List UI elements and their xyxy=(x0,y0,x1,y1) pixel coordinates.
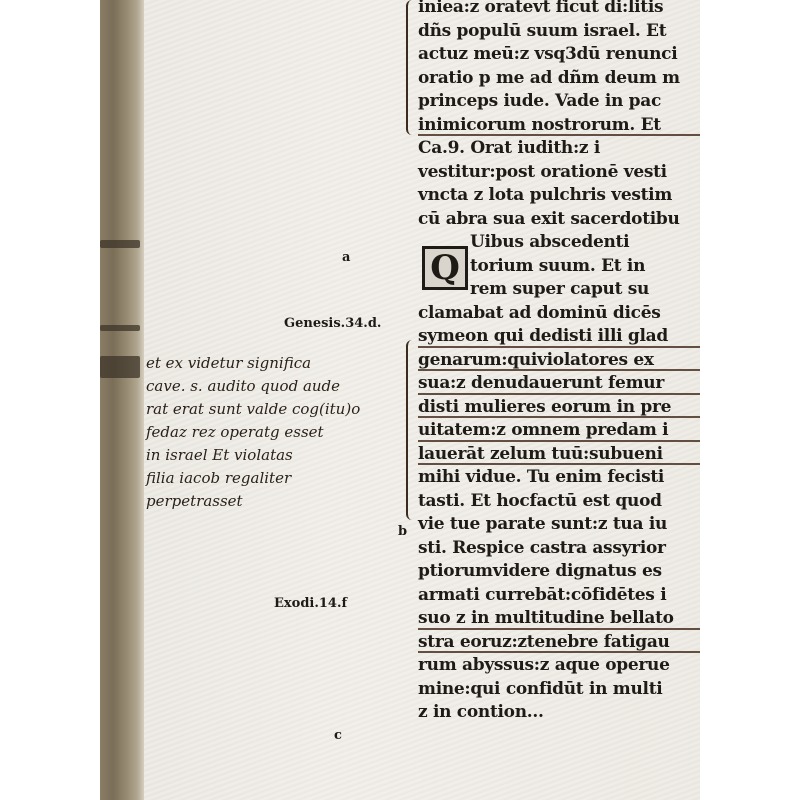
text-line-underlined: inimicorum nostrorum. Et xyxy=(418,114,700,138)
text-line: armati currebāt:cōfidētes i xyxy=(418,584,700,608)
margin-letter-a: a xyxy=(342,250,350,265)
book-spine-edge xyxy=(100,0,144,800)
text-line: ptiorumvidere dignatus es xyxy=(418,560,700,584)
annotation-line: et ex videtur significa xyxy=(146,352,416,375)
text-line: vie tue parate sunt:z tua iu xyxy=(418,513,700,537)
margin-letter-b: b xyxy=(398,524,407,539)
text-line: princeps iude. Vade in pac xyxy=(418,90,700,114)
text-line: actuz meū:z vsq3dū renunci xyxy=(418,43,700,67)
decorated-initial: Q xyxy=(422,246,468,290)
annotation-line: filia iacob regaliter xyxy=(146,467,416,490)
text-line-underlined: lauerāt zelum tuū:subueni xyxy=(418,443,700,467)
annotation-line: cave. s. audito quod aude xyxy=(146,375,416,398)
margin-ref-genesis: Genesis.34.d. xyxy=(284,316,381,331)
text-line-underlined: uitatem:z omnem predam i xyxy=(418,419,700,443)
text-line: mine:qui confidūt in multi xyxy=(418,678,700,702)
annotation-line: in israel Et violatas xyxy=(146,444,416,467)
chapter-heading-line: Ca.9. Orat iudith:z i xyxy=(418,137,700,161)
annotation-line: perpetrasset xyxy=(146,490,416,513)
manuscript-annotation: et ex videtur significa cave. s. audito … xyxy=(146,352,416,513)
text-line-underlined: symeon qui dedisti illi glad xyxy=(418,325,700,349)
text-line: z in contion... xyxy=(418,701,700,725)
text-line: rum abyssus:z aque operue xyxy=(418,654,700,678)
text-line-underlined: disti mulieres eorum in pre xyxy=(418,396,700,420)
text-line: vncta z lota pulchris vestim xyxy=(418,184,700,208)
annotation-line: rat erat sunt valde cog(itu)o xyxy=(146,398,416,421)
text-line-underlined: sua:z denudauerunt femur xyxy=(418,372,700,396)
text-line-underlined: suo z in multitudine bellato xyxy=(418,607,700,631)
text-line: oratio p me ad dñm deum m xyxy=(418,67,700,91)
printed-text-column: iniea:z oratevt ficut di:litis dñs popul… xyxy=(418,0,700,725)
text-line: vestitur:post orationē vesti xyxy=(418,161,700,185)
ink-stain xyxy=(100,240,140,248)
text-line: iniea:z oratevt ficut di:litis xyxy=(418,0,700,20)
text-line: sti. Respice castra assyrior xyxy=(418,537,700,561)
book-page-photo: iniea:z oratevt ficut di:litis dñs popul… xyxy=(100,0,700,800)
margin-letter-c: c xyxy=(334,728,342,743)
text-line: tasti. Et hocfactū est quod xyxy=(418,490,700,514)
text-line: cū abra sua exit sacerdotibu xyxy=(418,208,700,232)
text-line: dñs populū suum israel. Et xyxy=(418,20,700,44)
text-line: mihi vidue. Tu enim fecisti xyxy=(418,466,700,490)
text-line-underlined: genarum:quiviolatores ex xyxy=(418,349,700,373)
text-line-underlined: stra eoruz:ztenebre fatigau xyxy=(418,631,700,655)
text-line: clamabat ad dominū dicēs xyxy=(418,302,700,326)
ink-stain xyxy=(100,356,140,378)
manuscript-bracket xyxy=(406,0,418,135)
margin-ref-exodus: Exodi.14.f xyxy=(274,596,347,611)
ink-stain xyxy=(100,325,140,331)
annotation-line: fedaz rez operatg esset xyxy=(146,421,416,444)
